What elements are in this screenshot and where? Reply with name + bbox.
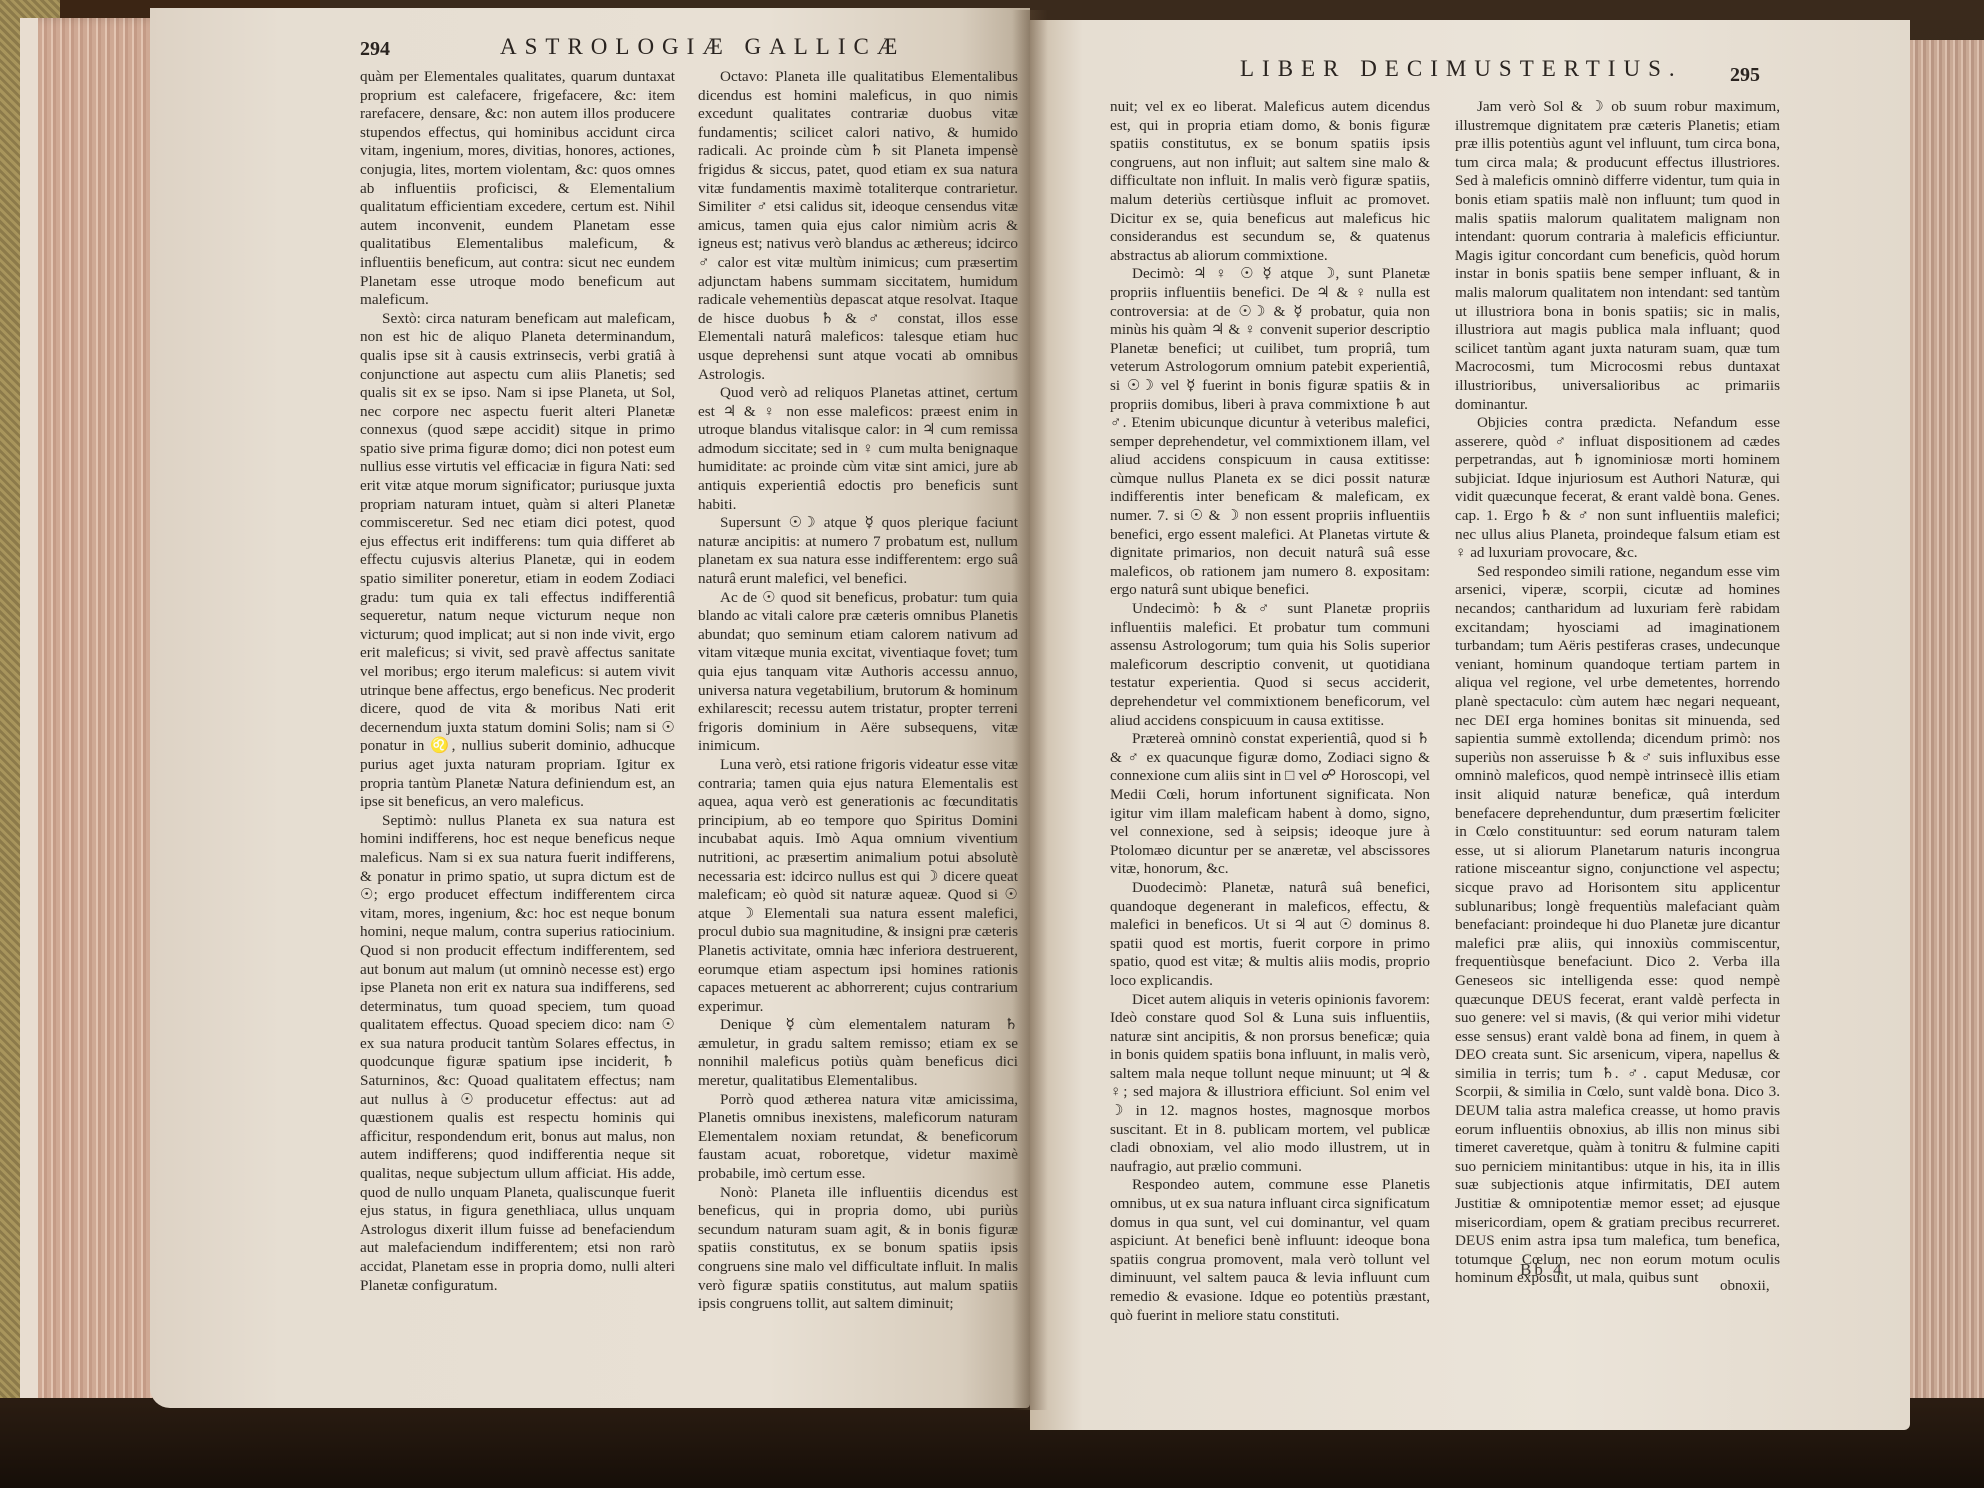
left-page-column-2: Octavo: Planeta ille qualitatibus Elemen…	[698, 68, 1018, 1314]
running-head-left: ASTROLOGIÆ GALLICÆ	[500, 34, 905, 60]
page-number-right: 295	[1730, 64, 1760, 87]
paragraph: Nonò: Planeta ille influentiis dicendus …	[698, 1184, 1018, 1314]
paragraph: Porrò quod ætherea natura vitæ amicissim…	[698, 1091, 1018, 1184]
paragraph: Septimò: nullus Planeta ex sua natura es…	[360, 812, 675, 1295]
paragraph: Luna verò, etsi ratione frigoris videatu…	[698, 756, 1018, 1016]
paragraph: Jam verò Sol & ☽ ob suum robur maximum, …	[1455, 98, 1780, 414]
paragraph: Objicies contra prædicta. Nefandum esse …	[1455, 414, 1780, 563]
left-page: 294 ASTROLOGIÆ GALLICÆ quàm per Elementa…	[150, 8, 1030, 1408]
paragraph: Supersunt ☉☽ atque ☿ quos plerique faciu…	[698, 514, 1018, 588]
catchword: obnoxii,	[1720, 1278, 1770, 1295]
paragraph: nuit; vel ex eo liberat. Maleficus autem…	[1110, 98, 1430, 265]
paragraph: Ac de ☉ quod sit beneficus, probatur: tu…	[698, 589, 1018, 756]
page-number-left: 294	[360, 38, 390, 61]
book-gutter	[1012, 10, 1048, 1410]
right-page-column-2: Jam verò Sol & ☽ ob suum robur maximum, …	[1455, 98, 1780, 1288]
left-page-column-1: quàm per Elementales qualitates, quarum …	[360, 68, 675, 1295]
paragraph: Respondeo autem, commune esse Planetis o…	[1110, 1176, 1430, 1325]
right-page: LIBER DECIMUSTERTIUS. 295 nuit; vel ex e…	[1030, 20, 1910, 1430]
paragraph: Denique ☿ cùm elementalem naturam ♄ æmul…	[698, 1016, 1018, 1090]
paragraph: Sed respondeo simili ratione, negandum e…	[1455, 563, 1780, 1288]
paragraph: Octavo: Planeta ille qualitatibus Elemen…	[698, 68, 1018, 384]
paragraph: Sextò: circa naturam beneficam aut malef…	[360, 310, 675, 812]
paragraph: Prætereà omninò constat experientiâ, quo…	[1110, 730, 1430, 879]
paragraph: Quod verò ad reliquos Planetas attinet, …	[698, 384, 1018, 514]
right-page-column-1: nuit; vel ex eo liberat. Maleficus autem…	[1110, 98, 1430, 1325]
signature-mark: Bb 4	[1520, 1260, 1565, 1280]
paragraph: Decimò: ♃ ♀ ☉ ☿ atque ☽, sunt Planetæ pr…	[1110, 265, 1430, 600]
paragraph: Undecimò: ♄ & ♂ sunt Planetæ propriis in…	[1110, 600, 1430, 730]
running-head-right: LIBER DECIMUSTERTIUS.	[1240, 56, 1683, 82]
paragraph: Dicet autem aliquis in veteris opinionis…	[1110, 991, 1430, 1177]
paragraph: Duodecimò: Planetæ, naturâ suâ benefici,…	[1110, 879, 1430, 991]
paragraph: quàm per Elementales qualitates, quarum …	[360, 68, 675, 310]
